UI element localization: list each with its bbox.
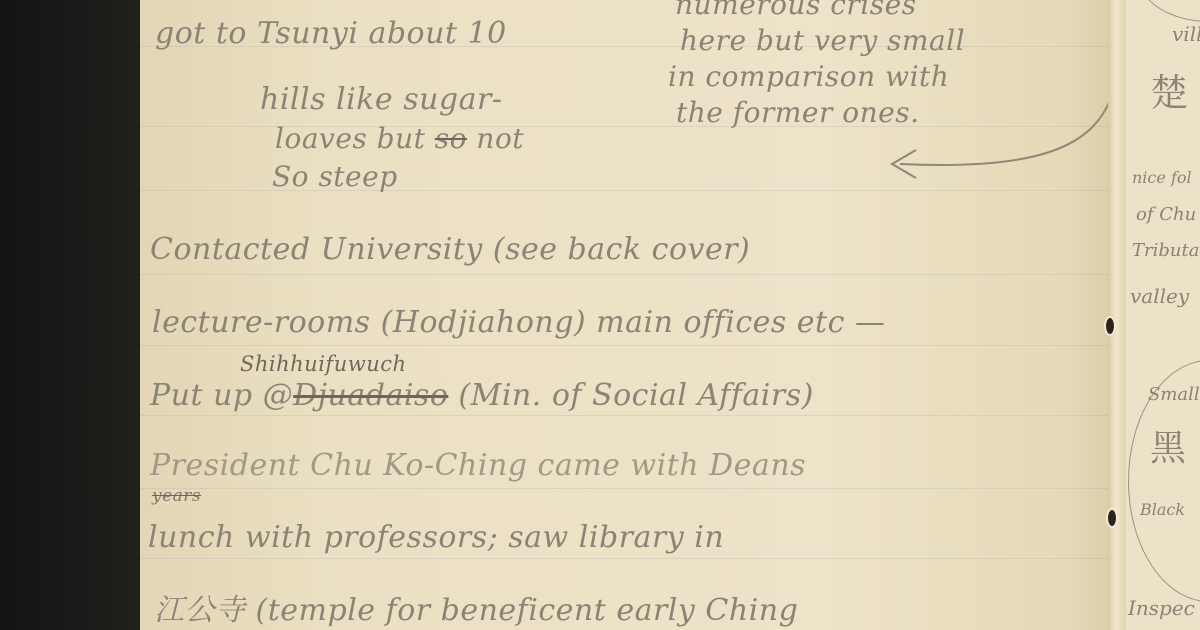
handwritten-line: lecture-rooms (Hodjiahong) main offices … (152, 305, 885, 340)
handwritten-line: loaves but so not (275, 122, 524, 155)
handwritten-line: got to Tsunyi about 10 (155, 16, 507, 51)
margin-note: Tributa (1132, 240, 1199, 261)
handwritten-line: numerous crises (675, 0, 917, 21)
notebook-gutter (1108, 0, 1126, 630)
handwritten-line: Contacted University (see back cover) (150, 232, 750, 267)
binding-hole (1106, 318, 1114, 334)
handwritten-line: lunch with professors; saw library in (148, 520, 724, 555)
struck-text: so (435, 122, 467, 155)
margin-note: Small (1148, 384, 1200, 405)
notebook-cover (0, 0, 140, 630)
handwritten-line: hills like sugar- (260, 82, 502, 117)
margin-note: 黑 (1150, 420, 1186, 471)
handwritten-line: Put up @Djuadaiso (Min. of Social Affair… (150, 378, 814, 413)
text: loaves but (275, 122, 425, 155)
ruled-line (140, 345, 1115, 346)
margin-note: Inspec (1128, 596, 1195, 620)
margin-note: valley (1130, 284, 1189, 308)
margin-note: vill (1172, 22, 1200, 46)
handwritten-line: 江公寺 (temple for beneficent early Ching (154, 585, 798, 629)
arrow-icon (880, 90, 1115, 190)
margin-note: nice fol (1132, 168, 1192, 187)
ruled-line (140, 274, 1115, 275)
ruled-line (140, 415, 1115, 416)
text: (Min. of Social Affairs) (448, 378, 813, 413)
handwritten-line: here but very small (680, 24, 965, 57)
margin-note: Black (1140, 500, 1185, 519)
margin-note: 楚 (1150, 62, 1188, 117)
handwritten-insert: Shihhuifuwuch (240, 352, 407, 376)
circled-annotation (1138, 0, 1200, 22)
notebook-page-left: got to Tsunyi about 10 hills like sugar-… (140, 0, 1115, 630)
struck-text: years (152, 486, 201, 506)
text: Put up @ (150, 378, 293, 413)
margin-note: of Chu (1136, 204, 1196, 225)
struck-text: Djuadaiso (293, 378, 448, 413)
binding-hole (1108, 510, 1116, 526)
text: not (467, 122, 524, 155)
handwritten-line: President Chu Ko-Ching came with Deans (150, 448, 806, 483)
handwritten-line: So steep (272, 160, 398, 193)
ruled-line (140, 558, 1115, 559)
ruled-line (140, 488, 1115, 489)
handwritten-line: in comparison with (668, 60, 949, 93)
notebook-page-right: vill 楚 nice fol of Chu Tributa valley Sm… (1126, 0, 1200, 630)
